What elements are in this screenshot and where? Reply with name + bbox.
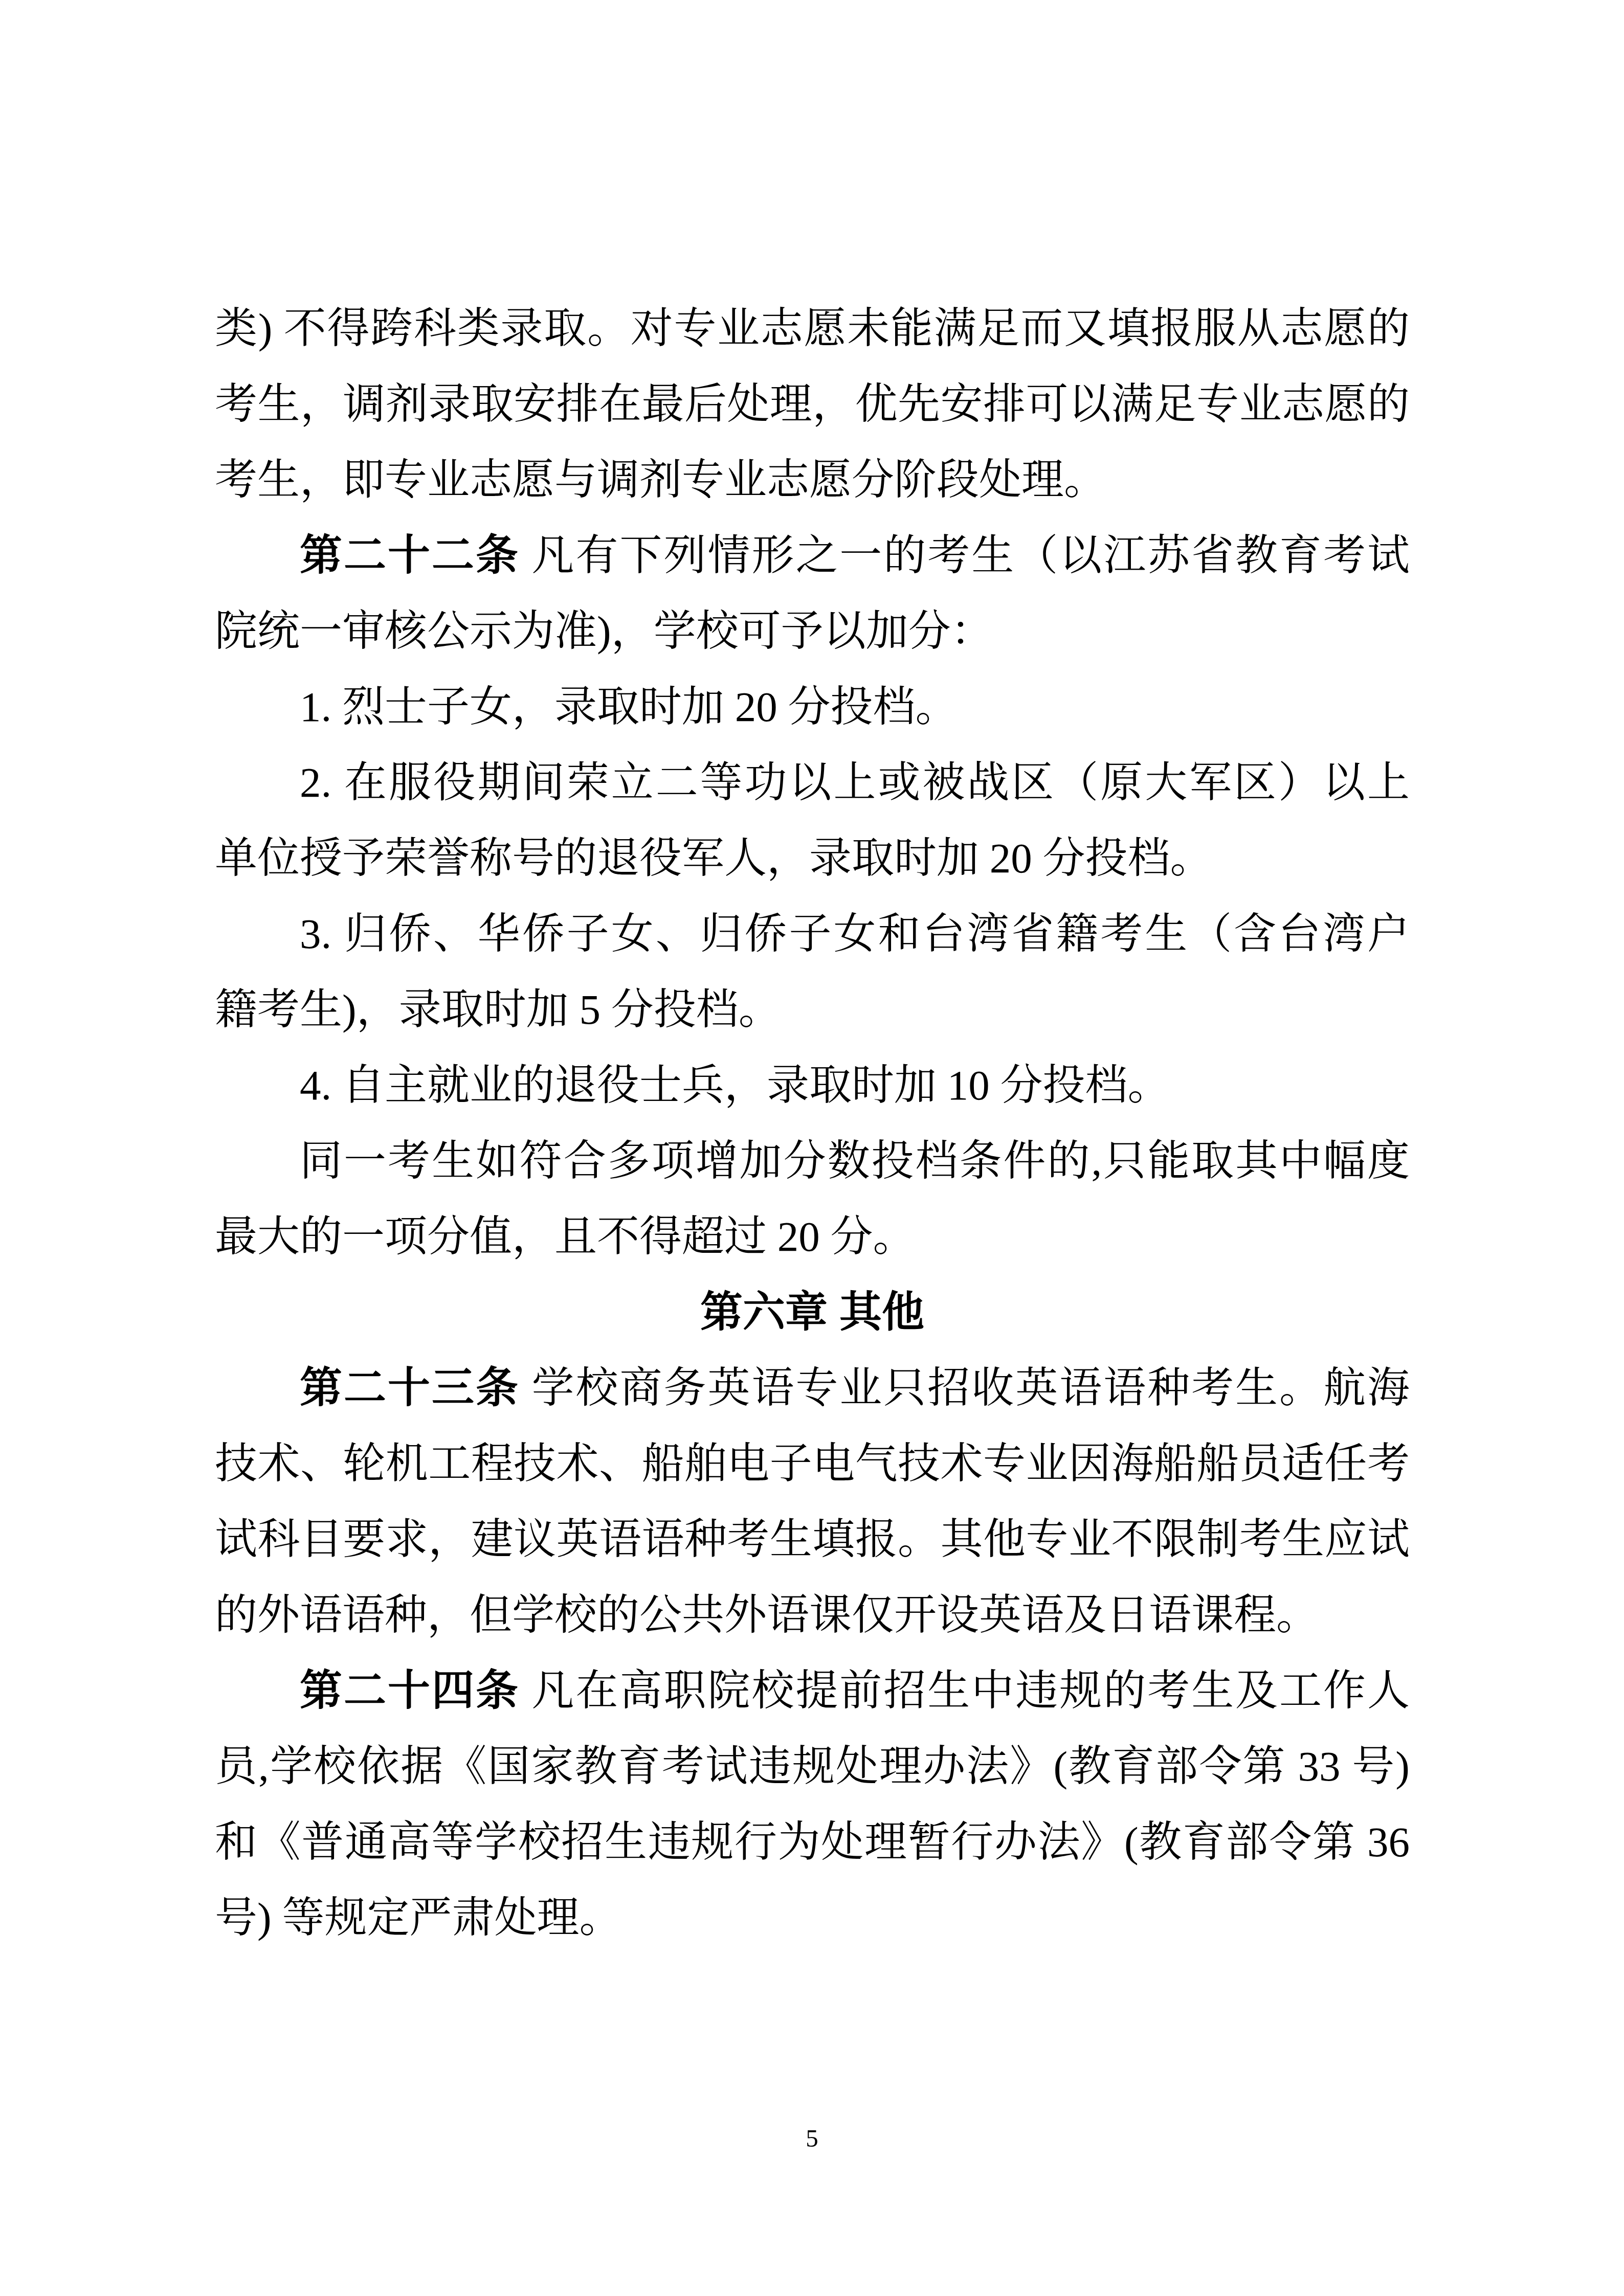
line-text: 的外语语种，但学校的公共外语课仅开设英语及日语课程。 xyxy=(215,1591,1319,1638)
list-item-4: 4. 自主就业的退役士兵，录取时加 10 分投档。 xyxy=(215,1047,1410,1123)
text-line: 类) 不得跨科类录取。对专业志愿未能满足而又填报服从志愿的 xyxy=(215,290,1410,366)
text-line: 考生，调剂录取安排在最后处理，优先安排可以满足专业志愿的 xyxy=(215,366,1410,442)
chapter-heading: 第六章 其他 xyxy=(215,1274,1410,1350)
line-text: 单位授予荣誉称号的退役军人，录取时加 20 分投档。 xyxy=(215,835,1213,882)
line-text: 最大的一项分值，且不得超过 20 分。 xyxy=(215,1213,916,1260)
article-number: 第二十四条 xyxy=(300,1667,520,1714)
line-text: 1. 烈士子女，录取时加 20 分投档。 xyxy=(300,683,958,730)
line-text: 凡有下列情形之一的考生（以江苏省教育考试 xyxy=(520,532,1410,579)
line-text: 凡在高职院校提前招生中违规的考生及工作人 xyxy=(520,1667,1410,1714)
article-number: 第二十三条 xyxy=(300,1364,520,1411)
line-text: 号) 等规定严肃处理。 xyxy=(215,1894,621,1941)
line-text: 院统一审核公示为准)，学校可予以加分： xyxy=(215,607,993,655)
list-item-1: 1. 烈士子女，录取时加 20 分投档。 xyxy=(215,669,1410,745)
text-line: 最大的一项分值，且不得超过 20 分。 xyxy=(215,1199,1410,1274)
line-text: 试科目要求，建议英语语种考生填报。其他专业不限制考生应试 xyxy=(215,1516,1410,1563)
text-line-article-22: 第二十二条 凡有下列情形之一的考生（以江苏省教育考试 xyxy=(215,517,1410,593)
line-text: 和《普通高等学校招生违规行为处理暂行办法》(教育部令第 36 xyxy=(215,1818,1410,1865)
line-text: 学校商务英语专业只招收英语语种考生。航海 xyxy=(520,1364,1410,1411)
line-text: 员,学校依据《国家教育考试违规处理办法》(教育部令第 33 号) xyxy=(215,1743,1410,1790)
text-line-article-23: 第二十三条 学校商务英语专业只招收英语语种考生。航海 xyxy=(215,1350,1410,1426)
document-page: 类) 不得跨科类录取。对专业志愿未能满足而又填报服从志愿的 考生，调剂录取安排在… xyxy=(0,0,1624,2296)
line-text: 考生，调剂录取安排在最后处理，优先安排可以满足专业志愿的 xyxy=(215,380,1410,427)
page-number: 5 xyxy=(0,2123,1624,2154)
line-text: 3. 归侨、华侨子女、归侨子女和台湾省籍考生（含台湾户 xyxy=(300,910,1410,957)
line-text: 籍考生)，录取时加 5 分投档。 xyxy=(215,986,781,1033)
line-text: 考生，即专业志愿与调剂专业志愿分阶段处理。 xyxy=(215,456,1106,503)
chapter-heading-text: 第六章 其他 xyxy=(700,1288,924,1336)
line-text: 同一考生如符合多项增加分数投档条件的,只能取其中幅度 xyxy=(300,1137,1410,1184)
text-line: 的外语语种，但学校的公共外语课仅开设英语及日语课程。 xyxy=(215,1577,1410,1653)
text-line: 号) 等规定严肃处理。 xyxy=(215,1880,1410,1955)
text-line: 院统一审核公示为准)，学校可予以加分： xyxy=(215,593,1410,669)
text-line-article-24: 第二十四条 凡在高职院校提前招生中违规的考生及工作人 xyxy=(215,1653,1410,1728)
text-line: 和《普通高等学校招生违规行为处理暂行办法》(教育部令第 36 xyxy=(215,1804,1410,1880)
line-text: 技术、轮机工程技术、船舶电子电气技术专业因海船船员适任考 xyxy=(215,1440,1410,1487)
text-line: 考生，即专业志愿与调剂专业志愿分阶段处理。 xyxy=(215,442,1410,517)
text-line: 员,学校依据《国家教育考试违规处理办法》(教育部令第 33 号) xyxy=(215,1728,1410,1804)
article-number: 第二十二条 xyxy=(300,531,520,579)
list-item-2: 2. 在服役期间荣立二等功以上或被战区（原大军区）以上 xyxy=(215,745,1410,820)
text-line: 试科目要求，建议英语语种考生填报。其他专业不限制考生应试 xyxy=(215,1501,1410,1577)
text-line: 籍考生)，录取时加 5 分投档。 xyxy=(215,972,1410,1047)
text-line: 技术、轮机工程技术、船舶电子电气技术专业因海船船员适任考 xyxy=(215,1426,1410,1501)
line-text: 类) 不得跨科类录取。对专业志愿未能满足而又填报服从志愿的 xyxy=(215,305,1410,352)
line-text: 2. 在服役期间荣立二等功以上或被战区（原大军区）以上 xyxy=(300,759,1410,806)
line-text: 4. 自主就业的退役士兵，录取时加 10 分投档。 xyxy=(300,1062,1170,1109)
text-line: 单位授予荣誉称号的退役军人，录取时加 20 分投档。 xyxy=(215,820,1410,896)
document-body: 类) 不得跨科类录取。对专业志愿未能满足而又填报服从志愿的 考生，调剂录取安排在… xyxy=(215,290,1410,1955)
list-item-3: 3. 归侨、华侨子女、归侨子女和台湾省籍考生（含台湾户 xyxy=(215,896,1410,972)
text-line: 同一考生如符合多项增加分数投档条件的,只能取其中幅度 xyxy=(215,1123,1410,1199)
